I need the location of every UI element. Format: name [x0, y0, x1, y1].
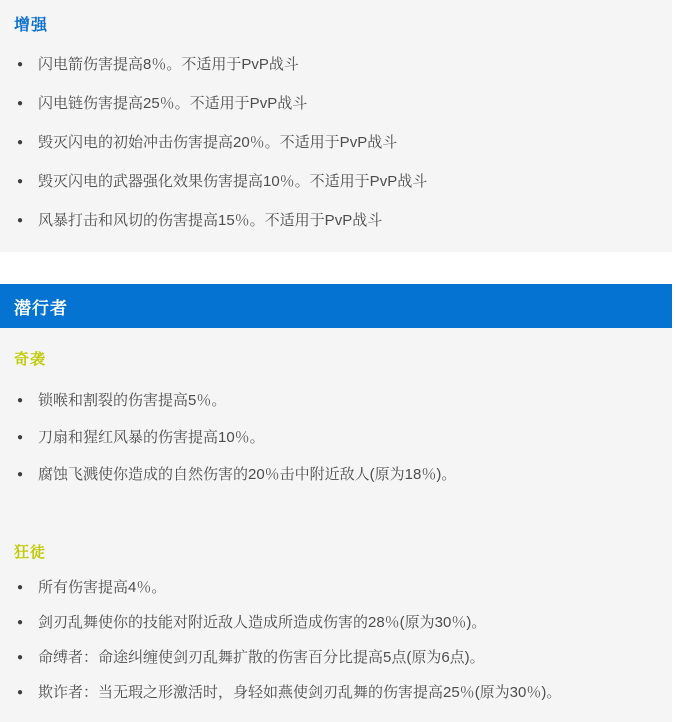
spec-group-subtlety: 奇袭 ●锁喉和割裂的伤害提高5％。●刀扇和猩红风暴的伤害提高10％。●腐蚀飞溅使…: [14, 352, 658, 501]
item-text: 腐蚀飞溅使你造成的自然伤害的20％击中附近敌人(原为18％)。: [38, 464, 658, 485]
list-item: ●闪电链伤害提高25％。不适用于PvP战斗: [14, 93, 658, 132]
item-text: 欺诈者：当无瑕之形激活时，身轻如燕使剑刃乱舞的伤害提高25％(原为30％)。: [38, 682, 658, 703]
bullet-icon: ●: [14, 682, 38, 703]
list-item: ●锁喉和割裂的伤害提高5％。: [14, 390, 658, 427]
bullet-icon: ●: [14, 93, 38, 114]
enhancement-list: ●闪电箭伤害提高8％。不适用于PvP战斗●闪电链伤害提高25％。不适用于PvP战…: [14, 54, 658, 249]
subtlety-list: ●锁喉和割裂的伤害提高5％。●刀扇和猩红风暴的伤害提高10％。●腐蚀飞溅使你造成…: [14, 390, 658, 501]
bullet-icon: ●: [14, 647, 38, 668]
enhancement-heading: 增强: [14, 16, 658, 36]
list-item: ●剑刃乱舞使你的技能对附近敌人造成所造成伤害的28％(原为30％)。: [14, 612, 658, 647]
bullet-icon: ●: [14, 612, 38, 633]
bullet-icon: ●: [14, 427, 38, 448]
rogue-class-banner: 潜行者: [0, 284, 672, 328]
item-text: 毁灭闪电的初始冲击伤害提高20％。不适用于PvP战斗: [38, 132, 658, 153]
list-item: ●欺诈者：当无瑕之形激活时，身轻如燕使剑刃乱舞的伤害提高25％(原为30％)。: [14, 682, 658, 717]
bullet-icon: ●: [14, 210, 38, 231]
spec-group-outlaw: 狂徒 ●所有伤害提高4％。●剑刃乱舞使你的技能对附近敌人造成所造成伤害的28％(…: [14, 545, 658, 717]
item-text: 风暴打击和风切的伤害提高15％。不适用于PvP战斗: [38, 210, 658, 231]
item-text: 命缚者：命途纠缠使剑刃乱舞扩散的伤害百分比提高5点(原为6点)。: [38, 647, 658, 668]
outlaw-list: ●所有伤害提高4％。●剑刃乱舞使你的技能对附近敌人造成所造成伤害的28％(原为3…: [14, 577, 658, 717]
bullet-icon: ●: [14, 171, 38, 192]
item-text: 毁灭闪电的武器强化效果伤害提高10％。不适用于PvP战斗: [38, 171, 658, 192]
list-item: ●风暴打击和风切的伤害提高15％。不适用于PvP战斗: [14, 210, 658, 249]
rogue-banner-title: 潜行者: [14, 294, 68, 319]
list-item: ●闪电箭伤害提高8％。不适用于PvP战斗: [14, 54, 658, 93]
bullet-icon: ●: [14, 54, 38, 75]
item-text: 闪电链伤害提高25％。不适用于PvP战斗: [38, 93, 658, 114]
item-text: 锁喉和割裂的伤害提高5％。: [38, 390, 658, 411]
bullet-icon: ●: [14, 464, 38, 485]
list-item: ●所有伤害提高4％。: [14, 577, 658, 612]
section-rogue: 奇袭 ●锁喉和割裂的伤害提高5％。●刀扇和猩红风暴的伤害提高10％。●腐蚀飞溅使…: [0, 328, 672, 722]
spec-heading-qixi: 奇袭: [14, 352, 658, 368]
section-divider: [0, 252, 676, 284]
item-text: 所有伤害提高4％。: [38, 577, 658, 598]
list-item: ●毁灭闪电的初始冲击伤害提高20％。不适用于PvP战斗: [14, 132, 658, 171]
section-enhancement: 增强 ●闪电箭伤害提高8％。不适用于PvP战斗●闪电链伤害提高25％。不适用于P…: [0, 0, 672, 252]
spec-heading-kuangtu: 狂徒: [14, 545, 658, 561]
item-text: 剑刃乱舞使你的技能对附近敌人造成所造成伤害的28％(原为30％)。: [38, 612, 658, 633]
list-item: ●刀扇和猩红风暴的伤害提高10％。: [14, 427, 658, 464]
list-item: ●腐蚀飞溅使你造成的自然伤害的20％击中附近敌人(原为18％)。: [14, 464, 658, 501]
bullet-icon: ●: [14, 390, 38, 411]
item-text: 闪电箭伤害提高8％。不适用于PvP战斗: [38, 54, 658, 75]
list-item: ●毁灭闪电的武器强化效果伤害提高10％。不适用于PvP战斗: [14, 171, 658, 210]
patch-notes-page: 增强 ●闪电箭伤害提高8％。不适用于PvP战斗●闪电链伤害提高25％。不适用于P…: [0, 0, 672, 722]
bullet-icon: ●: [14, 577, 38, 598]
item-text: 刀扇和猩红风暴的伤害提高10％。: [38, 427, 658, 448]
list-item: ●命缚者：命途纠缠使剑刃乱舞扩散的伤害百分比提高5点(原为6点)。: [14, 647, 658, 682]
bullet-icon: ●: [14, 132, 38, 153]
